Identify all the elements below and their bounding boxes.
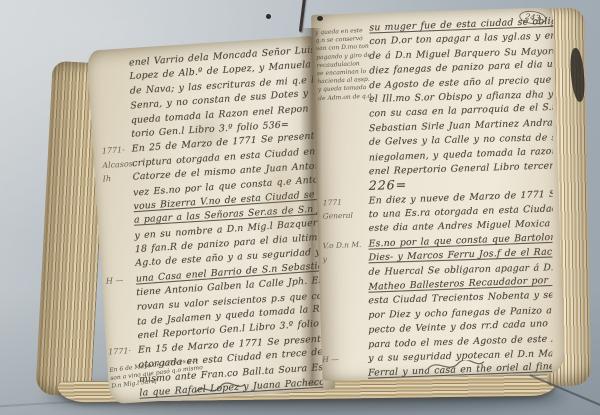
margin-label — [103, 186, 133, 203]
right-page-text: su muger fue de esta ciudad se obligó co… — [316, 7, 559, 380]
margin-label — [107, 300, 137, 316]
margin-label — [322, 281, 368, 297]
margin-label — [323, 136, 369, 152]
margin-mark: H — — [106, 272, 136, 289]
margin-label — [323, 93, 369, 109]
manuscript-photo: enel Varrio dela Moncada Señor Luis Lope… — [0, 0, 600, 415]
margin-label — [104, 229, 134, 246]
margin-label — [323, 179, 369, 195]
margin-label — [99, 57, 129, 74]
margin-label — [322, 309, 368, 325]
margin-label — [322, 324, 368, 340]
margin-year-label: 1771- — [102, 143, 132, 160]
margin-label — [322, 266, 368, 282]
margin-label — [104, 214, 134, 230]
margin-label — [323, 108, 369, 124]
margin-label — [323, 151, 369, 167]
right-page: 243 y queda en este q.n se conservó van … — [311, 7, 564, 380]
margin-label — [323, 222, 369, 238]
margin-label — [107, 316, 137, 333]
rubric-flourish-icon — [426, 360, 486, 374]
ink-blot — [266, 14, 271, 19]
margin-label — [100, 100, 130, 117]
margin-label: y — [323, 252, 369, 268]
margin-label — [323, 22, 369, 38]
margin-label — [323, 50, 369, 66]
margin-label: Ih — [103, 171, 133, 187]
margin-label — [105, 257, 135, 273]
left-page: enel Varrio dela Moncada Señor Luis Lope… — [86, 36, 335, 404]
left-page-text: enel Varrio dela Moncada Señor Luis Lope… — [93, 36, 330, 404]
margin-year-label: 1771· — [108, 344, 138, 360]
margin-label — [100, 84, 130, 100]
margin-label: V.o D.n M. — [323, 238, 369, 254]
ink-blot — [317, 16, 323, 21]
margin-mark: H — — [322, 352, 368, 368]
margin-year-label: 1771 — [323, 194, 369, 210]
margin-label — [323, 65, 369, 81]
margin-label — [101, 128, 131, 144]
margin-label — [322, 367, 368, 381]
book-gutter — [300, 28, 322, 386]
